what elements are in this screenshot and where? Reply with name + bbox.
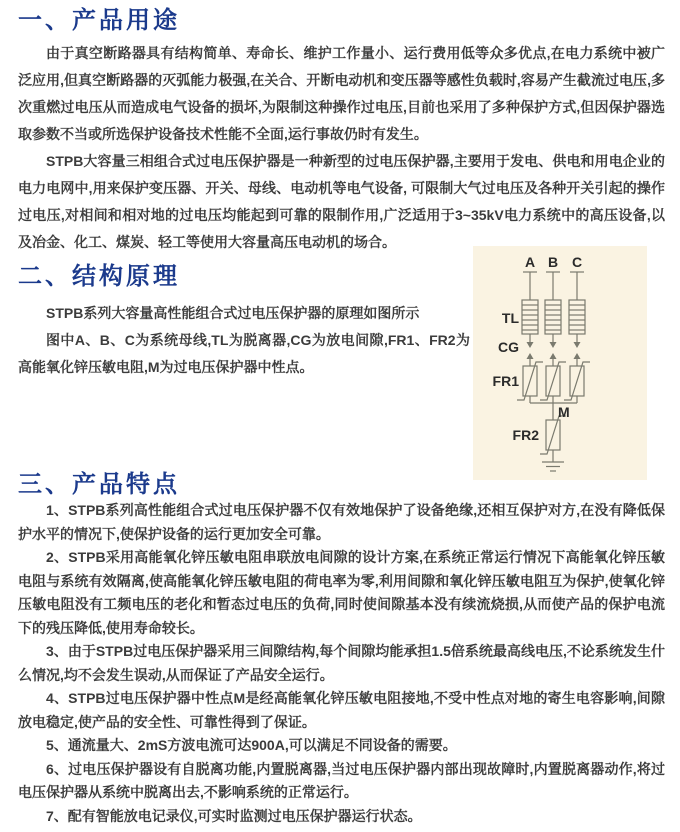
principle-paragraphs: STPB系列大容量高性能组合式过电压保护器的原理如图所示 图中A、B、C为系统母… [18,300,470,381]
section-heading-principle: 二、结构原理 [18,262,180,292]
features-list: 1、STPB系列高性能组合式过电压保护器不仅有效地保护了设备绝缘,还相互保护对方… [18,499,665,828]
feature-item-1: 1、STPB系列高性能组合式过电压保护器不仅有效地保护了设备绝缘,还相互保护对方… [18,499,665,546]
cg-label: CG [498,339,519,355]
feature-item-7: 7、配有智能放电记录仪,可实时监测过电压保护器运行状态。 [18,805,665,829]
tl-label: TL [502,310,520,326]
m-label: M [558,404,570,420]
usage-paragraphs: 由于真空断路器具有结构简单、寿命长、维护工作量小、运行费用低等众多优点,在电力系… [18,40,665,256]
phase-b-label: B [548,254,558,270]
branch-c [564,272,590,403]
phase-a-label: A [525,254,535,270]
document-page: 一、产品用途 由于真空断路器具有结构简单、寿命长、维护工作量小、运行费用低等众多… [0,0,680,832]
usage-paragraph-1: 由于真空断路器具有结构简单、寿命长、维护工作量小、运行费用低等众多优点,在电力系… [18,40,665,148]
phase-c-label: C [572,254,582,270]
principle-paragraph-1: STPB系列大容量高性能组合式过电压保护器的原理如图所示 [18,300,470,327]
feature-item-6: 6、过电压保护器设有自脱离功能,内置脱离器,当过电压保护器内部出现故障时,内置脱… [18,758,665,805]
ground-symbol [542,462,564,471]
usage-paragraph-2: STPB大容量三相组合式过电压保护器是一种新型的过电压保护器,主要用于发电、供电… [18,148,665,256]
branch-b [540,272,566,403]
feature-item-2: 2、STPB采用高能氧化锌压敏电阻串联放电间隙的设计方案,在系统正常运行情况下高… [18,546,665,640]
fr2-label: FR2 [513,427,540,443]
principle-paragraph-2: 图中A、B、C为系统母线,TL为脱离器,CG为放电间隙,FR1、FR2为高能氧化… [18,327,470,381]
feature-item-4: 4、STPB过电压保护器中性点M是经高能氧化锌压敏电阻接地,不受中性点对地的寄生… [18,687,665,734]
section-heading-features: 三、产品特点 [18,470,180,500]
circuit-diagram-panel: A B C [473,246,647,480]
circuit-diagram: A B C [473,246,647,480]
branch-a [517,272,543,403]
section-heading-usage: 一、产品用途 [18,6,180,36]
fr1-label: FR1 [493,373,520,389]
feature-item-3: 3、由于STPB过电压保护器采用三间隙结构,每个间隙均能承担1.5倍系统最高线电… [18,640,665,687]
feature-item-5: 5、通流量大、2mS方波电流可达900A,可以满足不同设备的需要。 [18,734,665,758]
